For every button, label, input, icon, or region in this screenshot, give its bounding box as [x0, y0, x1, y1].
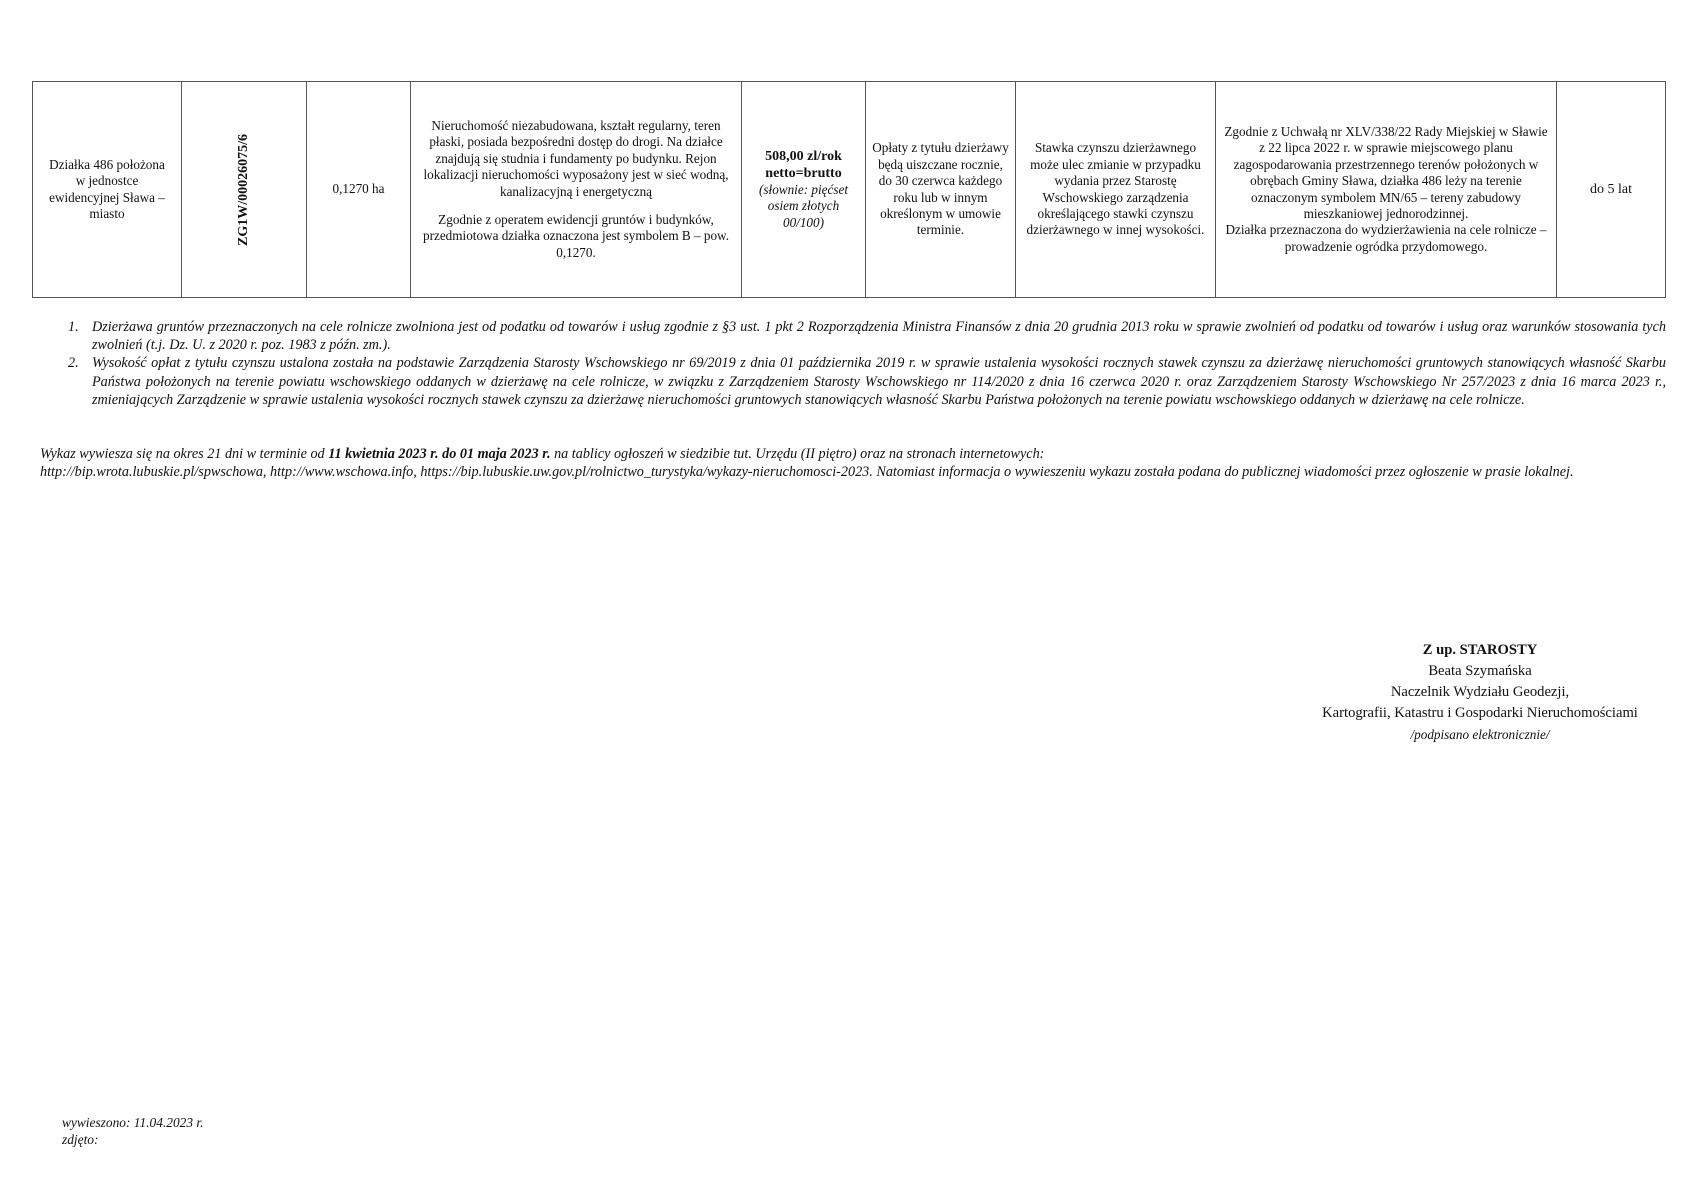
posting-location: na tablicy ogłoszeń w siedzibie tut. Urz… — [551, 446, 1045, 462]
rent-in-words: (słownie: pięćset osiem złotych 00/100) — [748, 182, 859, 231]
signatory-department: Kartografii, Katastru i Gospodarki Nieru… — [1280, 703, 1680, 724]
signatory-title: Naczelnik Wydziału Geodezji, — [1280, 682, 1680, 703]
electronic-signature-note: /podpisano elektronicznie/ — [1280, 724, 1680, 745]
posting-notice: Wykaz wywiesza się na okres 21 dni w ter… — [40, 445, 1666, 481]
rent-amount: 508,00 zl/rok netto=brutto — [765, 149, 842, 181]
lease-period-value: do 5 lat — [1590, 182, 1632, 197]
rent-change-cell: Stawka czynszu dzierżawnego może ulec zm… — [1016, 82, 1216, 298]
footnote-number: 2. — [68, 354, 79, 372]
table-row: Działka 486 położona w jednostce ewidenc… — [33, 82, 1666, 298]
footnote-text: Wysokość opłat z tytułu czynszu ustalona… — [92, 355, 1666, 407]
footnote-number: 1. — [68, 318, 79, 336]
description-registry-text: Zgodnie z operatem ewidencji gruntów i b… — [417, 212, 735, 261]
footnote-text: Dzierżawa gruntów przeznaczonych na cele… — [92, 319, 1666, 353]
signatory-name: Beata Szymańska — [1280, 661, 1680, 682]
posted-date: wywieszono: 11.04.2023 r. — [62, 1114, 203, 1131]
area-value: 0,1270 ha — [332, 181, 384, 196]
rent-change-text: Stawka czynszu dzierżawnego może ulec zm… — [1027, 140, 1205, 237]
zoning-text: Zgodnie z Uchwałą nr XLV/338/22 Rady Mie… — [1222, 124, 1550, 222]
posting-intro: Wykaz wywiesza się na okres 21 dni w ter… — [40, 446, 328, 462]
posting-urls[interactable]: http://bip.wrota.lubuskie.pl/spwschowa, … — [40, 464, 873, 480]
removed-date: zdjęto: — [62, 1131, 203, 1148]
posting-period: 11 kwietnia 2023 r. do 01 maja 2023 r. — [328, 446, 550, 462]
rent-cell: 508,00 zl/rok netto=brutto (słownie: pię… — [742, 82, 866, 298]
payment-terms-text: Opłaty z tytułu dzierżawy będą uiszczane… — [872, 140, 1009, 237]
description-text: Nieruchomość niezabudowana, kształt regu… — [417, 118, 735, 200]
footnote-item: 1. Dzierżawa gruntów przeznaczonych na c… — [62, 318, 1666, 354]
posting-closing: Natomiast informacja o wywieszeniu wykaz… — [873, 464, 1574, 480]
zoning-cell: Zgodnie z Uchwałą nr XLV/338/22 Rady Mie… — [1216, 82, 1557, 298]
lease-period-cell: do 5 lat — [1557, 82, 1666, 298]
land-register-cell: ZG1W/00026075/6 — [182, 82, 307, 298]
description-cell: Nieruchomość niezabudowana, kształt regu… — [411, 82, 742, 298]
plot-location-cell: Działka 486 położona w jednostce ewidenc… — [33, 82, 182, 298]
signature-heading: Z up. STAROSTY — [1280, 640, 1680, 661]
property-lease-table: Działka 486 położona w jednostce ewidenc… — [32, 81, 1666, 298]
footnote-item: 2. Wysokość opłat z tytułu czynszu ustal… — [62, 354, 1666, 409]
zoning-purpose-text: Działka przeznaczona do wydzierżawienia … — [1222, 222, 1550, 255]
payment-terms-cell: Opłaty z tytułu dzierżawy będą uiszczane… — [866, 82, 1016, 298]
signature-block: Z up. STAROSTY Beata Szymańska Naczelnik… — [1280, 640, 1680, 745]
plot-location-text: Działka 486 położona w jednostce ewidenc… — [39, 157, 175, 223]
area-cell: 0,1270 ha — [307, 82, 411, 298]
posting-stamp: wywieszono: 11.04.2023 r. zdjęto: — [62, 1114, 203, 1148]
footnotes-list: 1. Dzierżawa gruntów przeznaczonych na c… — [62, 318, 1666, 409]
land-register-number: ZG1W/00026075/6 — [236, 133, 252, 245]
